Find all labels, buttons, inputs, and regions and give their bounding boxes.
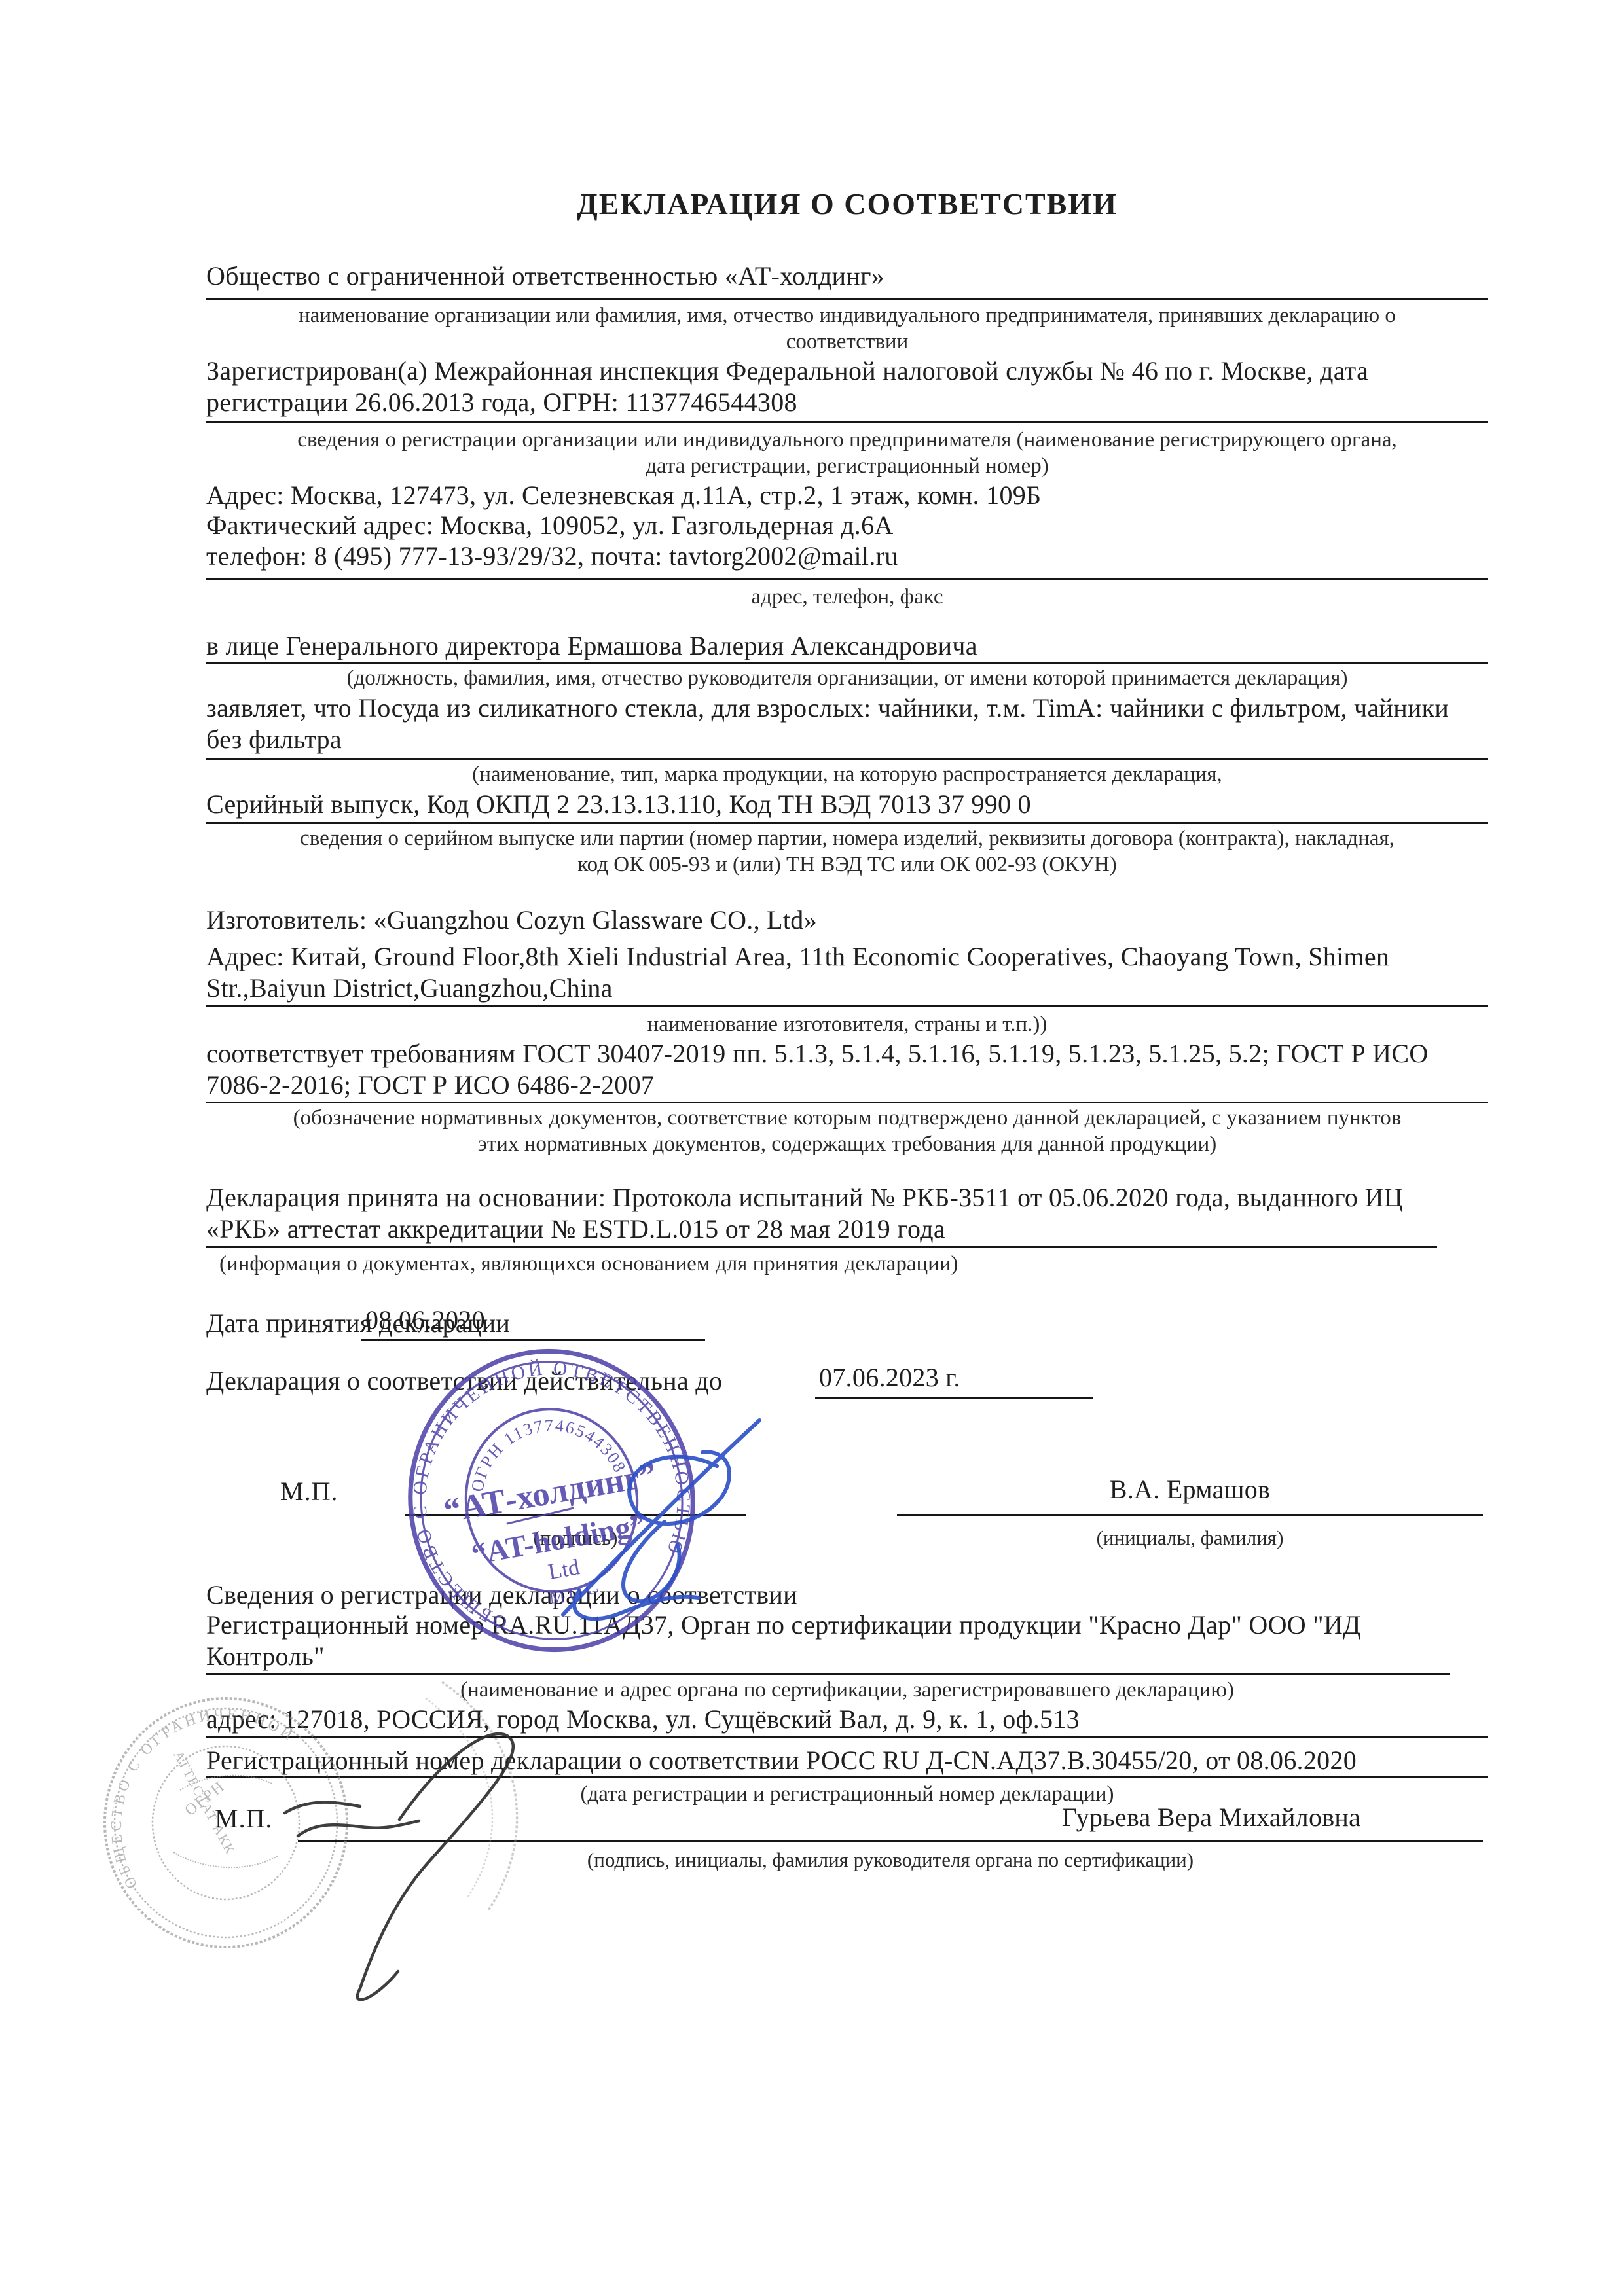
head-name: В.А. Ермашов	[897, 1474, 1483, 1505]
declarant-name: Общество с ограниченной ответственностью…	[206, 260, 1488, 300]
registration-heading: Сведения о регистрации декларации о соот…	[206, 1579, 1488, 1611]
head-signature-line	[897, 1514, 1483, 1516]
certifier-signature	[262, 1715, 602, 2009]
compliance-caption: (обозначение нормативных документов, соо…	[206, 1105, 1488, 1157]
basis-caption: (информация о документах, являющихся осн…	[206, 1251, 1501, 1277]
declaration-basis: Декларация принята на основании: Протоко…	[206, 1182, 1437, 1248]
compliance-requirements: соответствует требованиям ГОСТ 30407-201…	[206, 1038, 1488, 1103]
declarant-registration-caption: сведения о регистрации организации или и…	[206, 427, 1488, 479]
representative-line: в лице Генерального директора Ермашова В…	[206, 630, 1488, 664]
page-title: ДЕКЛАРАЦИЯ О СООТВЕТСТВИИ	[206, 187, 1488, 221]
serial-caption: сведения о серийном выпуске или партии (…	[206, 825, 1488, 878]
manufacturer-address: Адрес: Китай, Ground Floor,8th Xieli Ind…	[206, 941, 1488, 1007]
product-statement-caption: (наименование, тип, марка продукции, на …	[206, 761, 1488, 787]
declarant-address: Адрес: Москва, 127473, ул. Селезневская …	[206, 480, 1488, 511]
declarant-name-caption: наименование организации или фамилия, им…	[206, 302, 1488, 355]
declarant-registration: Зарегистрирован(а) Межрайонная инспекция…	[206, 355, 1488, 423]
representative-caption: (должность, фамилия, имя, отчество руков…	[206, 665, 1488, 691]
declarant-actual-address: Фактический адрес: Москва, 109052, ул. Г…	[206, 510, 1488, 541]
serial-line: Серийный выпуск, Код ОКПД 2 23.13.13.110…	[206, 789, 1488, 824]
seal-place-label: М.П.	[280, 1476, 338, 1507]
valid-until-value: 07.06.2023 г.	[815, 1362, 1093, 1399]
declaration-document-page: ДЕКЛАРАЦИЯ О СООТВЕТСТВИИ Общество с огр…	[0, 0, 1623, 2296]
manufacturer-caption: наименование изготовителя, страны и т.п.…	[206, 1011, 1488, 1037]
certifier-name: Гурьева Вера Михайловна	[936, 1802, 1486, 1833]
product-statement: заявляет, что Посуда из силикатного стек…	[206, 692, 1488, 760]
declarant-phone: телефон: 8 (495) 777-13-93/29/32, почта:…	[206, 541, 1488, 580]
manufacturer-name: Изготовитель: «Guangzhou Cozyn Glassware…	[206, 905, 1488, 936]
contact-caption: адрес, телефон, факс	[206, 584, 1488, 610]
head-name-caption: (инициалы, фамилия)	[897, 1526, 1483, 1550]
director-signature	[501, 1404, 776, 1640]
adoption-date-value: 08.06.2020	[361, 1304, 705, 1341]
